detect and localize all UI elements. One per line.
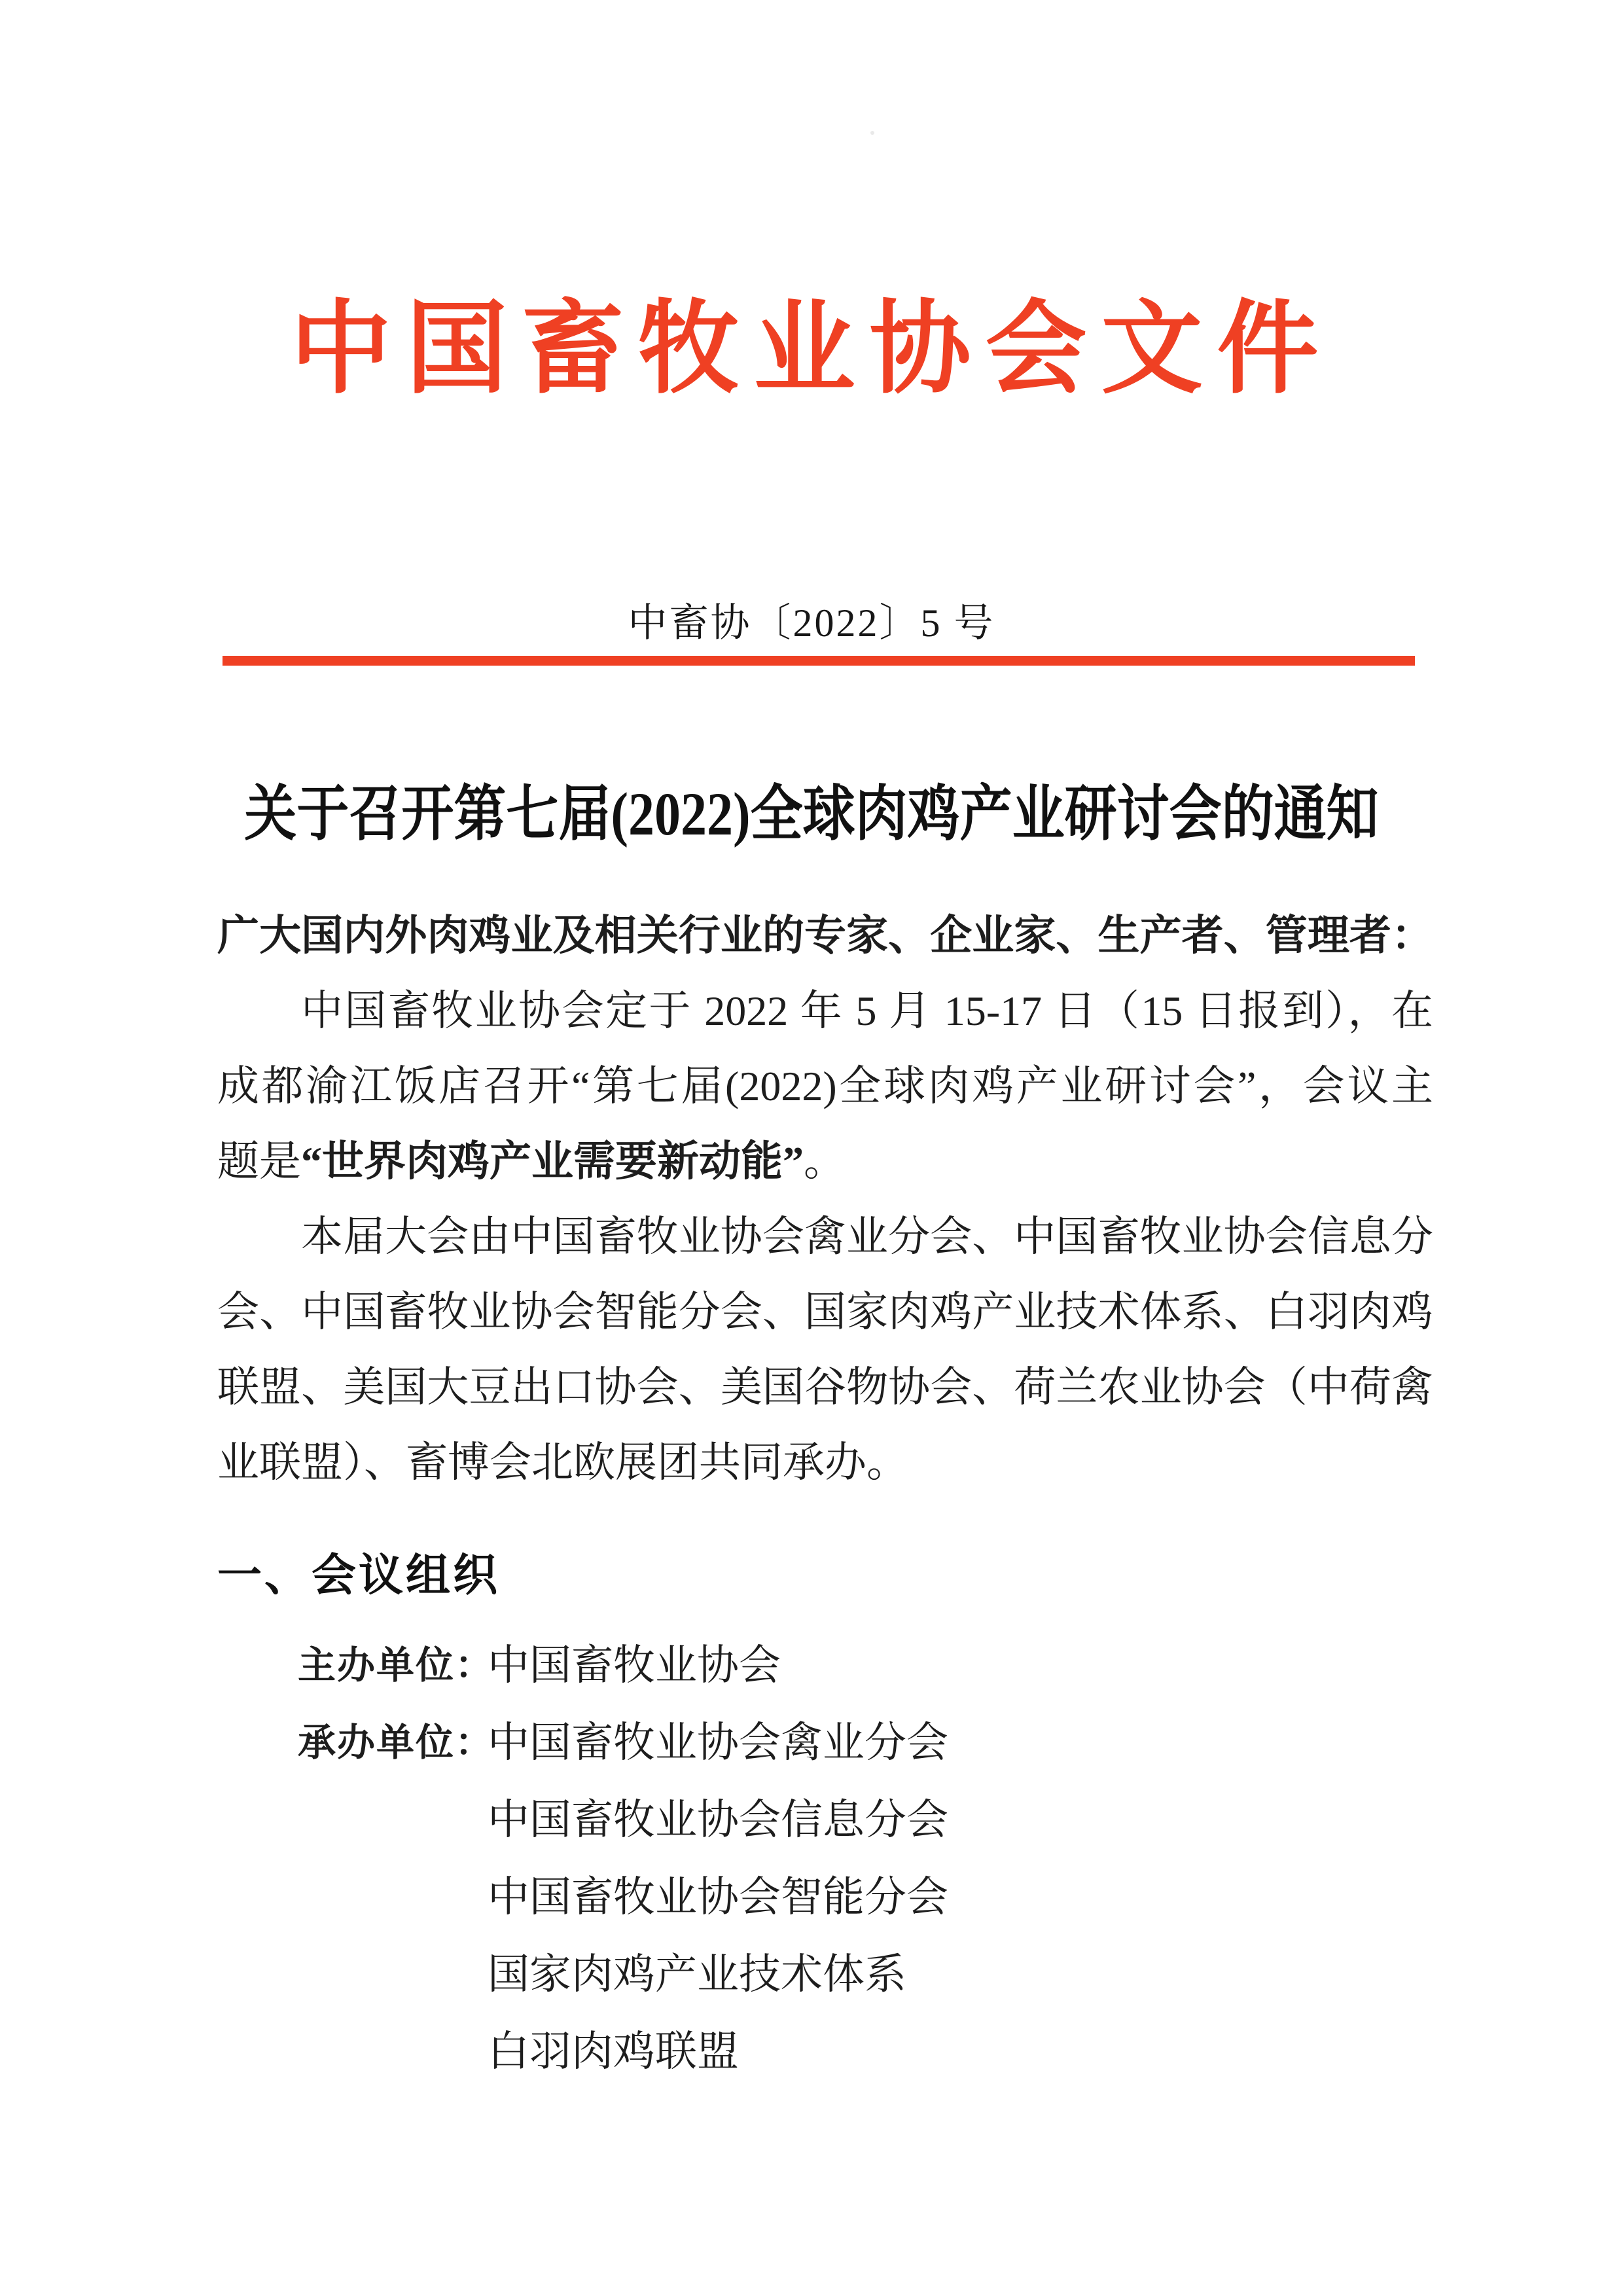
- salutation-line: 广大国内外肉鸡业及相关行业的专家、企业家、生产者、管理者：: [217, 898, 1433, 973]
- organizer-value-2: 中国畜牧业协会信息分会: [488, 1782, 948, 1859]
- organizer-value: 中国畜牧业协会禽业分会: [488, 1704, 948, 1782]
- document-body: 广大国内外肉鸡业及相关行业的专家、企业家、生产者、管理者： 中国畜牧业协会定于 …: [217, 898, 1433, 1500]
- organizer-label-empty: [298, 2013, 488, 2090]
- paragraph1-line3-period: 。: [804, 1138, 846, 1185]
- host-label: 主办单位：: [298, 1627, 488, 1704]
- document-number: 中畜协〔2022〕5 号: [0, 600, 1623, 647]
- org-row-organizer-5: 白羽肉鸡联盟: [298, 2013, 948, 2090]
- notice-title: 关于召开第七届(2022)全球肉鸡产业研讨会的通知: [0, 774, 1623, 855]
- organizer-label-empty: [298, 1859, 488, 1936]
- paragraph2-line3: 联盟、美国大豆出口协会、美国谷物协会、荷兰农业协会（中荷禽: [217, 1350, 1433, 1425]
- organizer-value-3: 中国畜牧业协会智能分会: [488, 1859, 948, 1936]
- organizer-value-4: 国家肉鸡产业技术体系: [488, 1936, 906, 2013]
- org-row-host: 主办单位： 中国畜牧业协会: [298, 1627, 948, 1704]
- organization-list: 主办单位： 中国畜牧业协会 承办单位： 中国畜牧业协会禽业分会 中国畜牧业协会信…: [298, 1627, 948, 2090]
- organizer-value-5: 白羽肉鸡联盟: [488, 2013, 739, 2090]
- org-row-organizer-3: 中国畜牧业协会智能分会: [298, 1859, 948, 1936]
- organizer-label-empty: [298, 1782, 488, 1859]
- org-row-organizer: 承办单位： 中国畜牧业协会禽业分会: [298, 1704, 948, 1782]
- document-page: 中国畜牧业协会文件 中畜协〔2022〕5 号 关于召开第七届(2022)全球肉鸡…: [0, 0, 1623, 2296]
- scan-artifact: [870, 131, 874, 135]
- org-document-banner: 中国畜牧业协会文件: [0, 291, 1623, 408]
- paragraph2-line4: 业联盟）、畜博会北欧展团共同承办。: [217, 1425, 1433, 1500]
- red-divider-line: [223, 656, 1415, 666]
- paragraph1-line3-regular: 题是: [217, 1138, 301, 1185]
- paragraph2-line2: 会、中国畜牧业协会智能分会、国家肉鸡产业技术体系、白羽肉鸡: [217, 1274, 1433, 1350]
- org-row-organizer-4: 国家肉鸡产业技术体系: [298, 1936, 948, 2013]
- section-heading-meeting-organization: 一、会议组织: [217, 1538, 500, 1613]
- organizer-label: 承办单位：: [298, 1704, 488, 1782]
- organizer-label-empty: [298, 1936, 488, 2013]
- paragraph2-line1: 本届大会由中国畜牧业协会禽业分会、中国畜牧业协会信息分: [217, 1199, 1433, 1274]
- host-value: 中国畜牧业协会: [488, 1627, 781, 1704]
- paragraph1-line2: 成都渝江饭店召开“第七届(2022)全球肉鸡产业研讨会”，会议主: [217, 1049, 1433, 1124]
- org-row-organizer-2: 中国畜牧业协会信息分会: [298, 1782, 948, 1859]
- conference-theme-bold: “世界肉鸡产业需要新动能”: [301, 1138, 804, 1185]
- paragraph1-line3: 题是“世界肉鸡产业需要新动能”。: [217, 1124, 1433, 1199]
- paragraph1-line1: 中国畜牧业协会定于 2022 年 5 月 15-17 日（15 日报到），在: [217, 973, 1433, 1049]
